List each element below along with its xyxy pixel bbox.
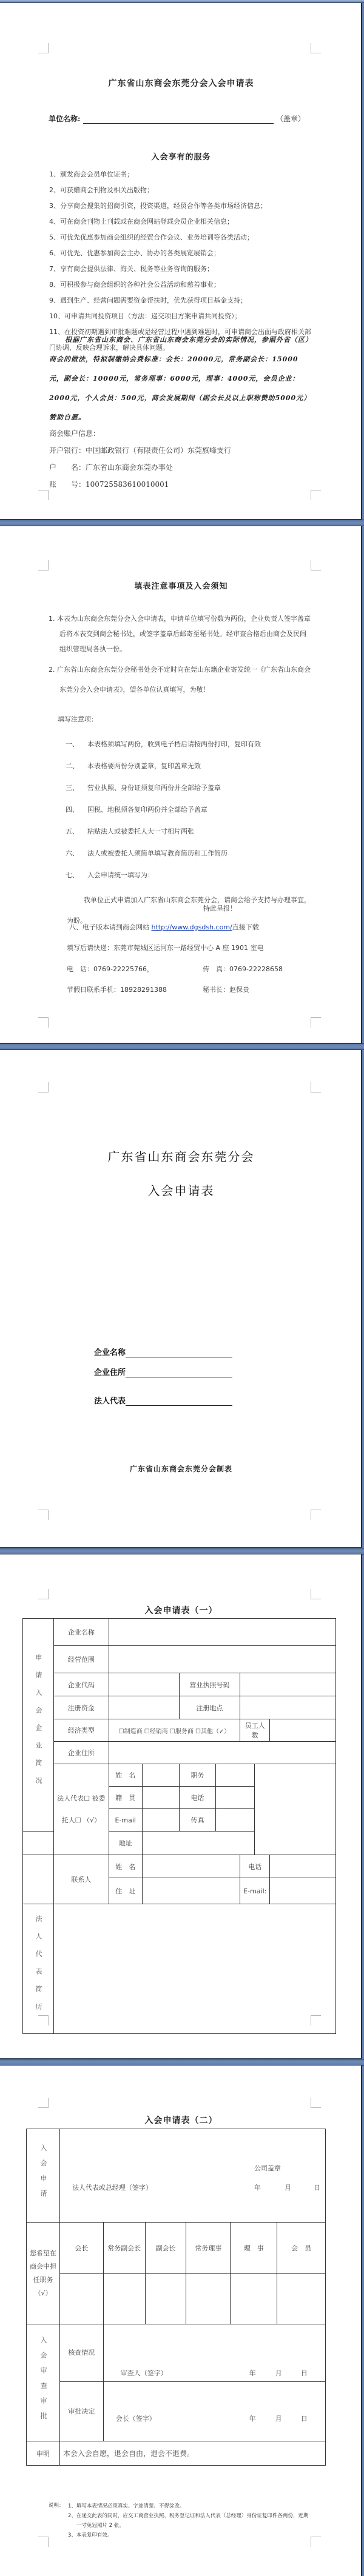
margin-corner-mark bbox=[311, 2537, 321, 2547]
fill-item: 四、国税、地税须各复印两份并全部给予盖章 bbox=[66, 799, 314, 821]
fill-item: 六、法人或被委托人须简单填写教育简历和工作简历 bbox=[66, 843, 314, 865]
application-form-1: 申请入会企业简况 企业名称 经营范围 企业代码 营业执照号码 注册资金 注册地点… bbox=[22, 1618, 336, 2034]
input-address[interactable] bbox=[109, 1742, 335, 1764]
date-month-label: 月 bbox=[275, 2368, 282, 2378]
fill-item: 二、本表格要两份分别盖章，复印盖章无效 bbox=[66, 755, 314, 777]
field-label: 企业住所 bbox=[94, 1368, 126, 1377]
margin-corner-mark bbox=[38, 560, 49, 570]
margin-corner-mark bbox=[38, 1510, 49, 1520]
fill-item: 五、粘贴法人或被委托人大一寸相片两张 bbox=[66, 821, 314, 843]
fill-item-text: 国税、地税须各复印两份并全部给予盖章 bbox=[87, 806, 207, 814]
page-separator bbox=[0, 2059, 364, 2066]
fill-item-num: 一、 bbox=[66, 734, 87, 755]
label-business-scope: 经营范围 bbox=[53, 1646, 109, 1673]
side-label-text: 入会申请 bbox=[38, 2144, 48, 2205]
role-header: 常务理事 bbox=[186, 2223, 231, 2274]
label-reg-capital: 注册资金 bbox=[53, 1696, 109, 1719]
notice-item: 2. 广东省山东商会东莞分会秘书处会不定时向在莞山东籍企业寄发统一《广东省山东商… bbox=[49, 660, 311, 700]
input-contact-tel[interactable] bbox=[270, 1855, 336, 1878]
account-info: 商会账户信息： 开户银行：中国邮政银行（有限责任公司）东莞旗峰支行 户 名：广东… bbox=[49, 425, 311, 493]
service-item: 8、可积极参与商会组织的各种社会公益活动和慈善事业； bbox=[49, 277, 311, 293]
cover-footer: 广东省山东商会东莞分会制表 bbox=[0, 1464, 362, 1474]
date-month-label: 月 bbox=[285, 2183, 291, 2192]
label-employees: 员工人数 bbox=[240, 1719, 270, 1742]
signer-label: 法人代表或总经理（签字） bbox=[72, 2183, 152, 2192]
apply-signature-area[interactable]: 公司盖章 法人代表或总经理（签字） 年 月 日 bbox=[59, 2129, 325, 2223]
margin-corner-mark bbox=[311, 2098, 321, 2108]
fill-item-text: 法人或被委托人须简单填写教育简历和工作简历 bbox=[87, 849, 227, 857]
label-contact-addr: 住 址 bbox=[109, 1878, 142, 1904]
approver-label: 会长（签字） bbox=[116, 2414, 156, 2423]
company-stamp-label: 公司盖章 bbox=[254, 2163, 281, 2173]
input-contact-addr[interactable] bbox=[142, 1878, 240, 1904]
input-company-code[interactable] bbox=[109, 1673, 179, 1696]
page-4: 入会申请表（一） 申请入会企业简况 企业名称 经营范围 企业代码 营业执照号码 … bbox=[0, 1554, 362, 2059]
services-list: 1、颁发商会会员单位证书； 2、可获赠商会刊物及相关出版物； 3、分享商会搜集的… bbox=[49, 167, 311, 356]
page-title: 填表注意事项及入会须知 bbox=[0, 580, 362, 591]
margin-corner-mark bbox=[38, 2537, 49, 2547]
note-item: 1、填写本表情况必须真实、字迹清楚、不得涂改。 bbox=[68, 2501, 311, 2511]
form-title: 入会申请表（一） bbox=[0, 1604, 362, 1616]
service-item: 10、可申请共同投资项目（方法：递交项目方案申请共同投资）； bbox=[49, 309, 311, 324]
holiday-row: 节假日联系手机：18928291388 秘书长：赵保贵 bbox=[67, 985, 322, 994]
account-name-row: 户 名：广东省山东商会东莞办事处 bbox=[49, 459, 311, 476]
service-item: 5、可优先优惠参加商会组织的经贸合作会议、业务培训等各类活动； bbox=[49, 230, 311, 246]
margin-corner-mark bbox=[311, 1589, 321, 1599]
holiday-label: 节假日联系手机： bbox=[67, 986, 120, 994]
field-legal-rep: 法人代表 bbox=[94, 1394, 232, 1406]
bank-value: 中国邮政银行（有限责任公司）东莞旗峰支行 bbox=[86, 446, 231, 455]
role-checkbox-exec-director[interactable] bbox=[186, 2274, 231, 2324]
service-item: 6、可优先、优惠参加商会主办、协办的各类展览展销会； bbox=[49, 246, 311, 261]
margin-corner-mark bbox=[311, 43, 321, 53]
label-econ-type: 经济类型 bbox=[53, 1719, 109, 1742]
form-title: 入会申请表（二） bbox=[0, 2114, 362, 2126]
side-label-company: 申请入会企业简况 bbox=[23, 1619, 54, 1832]
input-business-scope[interactable] bbox=[109, 1646, 335, 1673]
input-contact-email[interactable] bbox=[270, 1878, 336, 1904]
unit-name-field[interactable] bbox=[83, 114, 274, 124]
label-license-no: 营业执照号码 bbox=[179, 1673, 240, 1696]
input-reg-place[interactable] bbox=[240, 1696, 336, 1719]
bank-label: 开户银行： bbox=[49, 446, 86, 455]
margin-corner-mark bbox=[38, 43, 49, 53]
role-header: 会长 bbox=[59, 2223, 103, 2274]
legal-rep-input[interactable] bbox=[126, 1397, 232, 1406]
phone-row: 电 话：0769-22225766， 传 真：0769-22228658 bbox=[67, 964, 322, 974]
input-fax[interactable] bbox=[216, 1809, 255, 1832]
fill-item-num: 三、 bbox=[66, 777, 87, 799]
application-form-2: 入会申请 公司盖章 法人代表或总经理（签字） 年 月 日 您希望在商会中担任职务… bbox=[26, 2129, 326, 2466]
role-checkbox-exec-vp[interactable] bbox=[103, 2274, 145, 2324]
phone-label: 电 话： bbox=[67, 965, 93, 973]
margin-corner-mark bbox=[311, 490, 321, 500]
label-contact: 联系人 bbox=[53, 1855, 109, 1904]
service-item: 3、分享商会搜集的招商引资，投资渠道，经贸合作等各类市场经济信息； bbox=[49, 198, 311, 214]
input-company-name[interactable] bbox=[109, 1619, 335, 1646]
account-name-value: 广东省山东商会东莞办事处 bbox=[86, 463, 173, 472]
fill-item-text: 粘贴法人或被委托人大一寸相片两张 bbox=[87, 828, 194, 835]
label-position: 职务 bbox=[179, 1764, 216, 1787]
label-email: E-mail bbox=[109, 1809, 142, 1832]
input-license-no[interactable] bbox=[240, 1673, 336, 1696]
margin-corner-mark bbox=[38, 490, 49, 500]
notes-list: 1、填写本表情况必须真实、字迹清楚、不得涂改。 2、在递交此表的同时，应交工商营… bbox=[68, 2501, 311, 2540]
side-label-resume: 法人代表简历 bbox=[23, 1904, 54, 2034]
side-label-apply: 入会申请 bbox=[27, 2129, 60, 2223]
secretary-group: 秘书长：赵保贵 bbox=[203, 985, 249, 994]
date-year-label: 年 bbox=[254, 2183, 261, 2192]
label-address: 企业住所 bbox=[53, 1742, 109, 1764]
role-checkbox-president[interactable] bbox=[59, 2274, 103, 2324]
holiday-value: 18928291388 bbox=[120, 986, 167, 994]
bank-row: 开户银行：中国邮政银行（有限责任公司）东莞旗峰支行 bbox=[49, 442, 311, 459]
side-label-text: 申请入会企业简况 bbox=[33, 1654, 43, 1795]
service-item: 7、享有商会提供法律、海关、税务等业务咨询的服务； bbox=[49, 261, 311, 277]
service-item: 9、遇到生产、经营问题需要资金帮扶时，优先获得项目基金支持； bbox=[49, 293, 311, 309]
role-header: 会 员 bbox=[277, 2223, 326, 2274]
input-position[interactable] bbox=[216, 1764, 255, 1787]
label-tel: 电话 bbox=[179, 1787, 216, 1809]
field-label: 法人代表 bbox=[94, 1397, 126, 1406]
role-side-label: 您希望在商会中担任职务（√） bbox=[27, 2223, 60, 2324]
input-name[interactable] bbox=[142, 1764, 179, 1787]
side-spacer bbox=[23, 1832, 54, 1855]
note-item: 2、在递交此表的同时，应交工商营业执照、税务登记证和法人代表（总经理）身份证复印… bbox=[68, 2511, 311, 2531]
page-separator bbox=[0, 1043, 364, 1050]
input-email[interactable] bbox=[142, 1809, 179, 1832]
fill-item-num: 七、 bbox=[66, 865, 87, 886]
page-separator bbox=[0, 1548, 364, 1554]
econ-type-checkboxes[interactable]: ☐制造商 ☐经销商 ☐服务商 ☐其他（✓） bbox=[109, 1719, 240, 1742]
apply-closing: 特此呈报！ bbox=[203, 903, 237, 913]
fill-item: 三、营业执照、身份证须复印两份并全部给予盖章 bbox=[66, 777, 314, 799]
input-employees[interactable] bbox=[270, 1719, 336, 1742]
page-3: 广东省山东商会东莞分会 入会申请表 企业名称 企业住所 法人代表 广东省山东商会… bbox=[0, 1050, 362, 1548]
margin-corner-mark bbox=[38, 1589, 49, 1599]
fill-list: 一、本表格须填写两份，收到电子档后请按两份打印，复印有效 二、本表格要两份分别盖… bbox=[66, 734, 314, 886]
checker-label: 审查人（签字） bbox=[121, 2368, 167, 2378]
input-resume[interactable] bbox=[53, 1904, 335, 2034]
input-reg-capital[interactable] bbox=[109, 1696, 179, 1719]
approve-area[interactable]: 会长（签字） 年 月 日 bbox=[103, 2382, 325, 2441]
declare-text: 本会入会自愿，退会自由，退会不退费。 bbox=[59, 2441, 325, 2466]
label-company-code: 企业代码 bbox=[53, 1673, 109, 1696]
label-contact-tel: 电话 bbox=[240, 1855, 270, 1878]
side-label-text: 法人代表简历 bbox=[33, 1915, 43, 2021]
download-row: 八、电子版本请到商会网站 http://www.dgsdsh.com/直接下载 bbox=[69, 922, 324, 932]
secretary-label: 秘书长： bbox=[203, 986, 229, 994]
photo-area bbox=[255, 1764, 336, 1855]
role-checkbox-director[interactable] bbox=[231, 2274, 277, 2324]
mail-address: 填写后请快递：东莞市莞城区运河东一路经贸中心 A 座 1901 室电 bbox=[67, 943, 322, 952]
approve-label: 审批决定 bbox=[59, 2382, 103, 2441]
fill-item-text: 入会申请统一填写为： bbox=[87, 871, 154, 879]
input-addr[interactable] bbox=[142, 1832, 255, 1855]
fill-item-text: 本表格要两份分别盖章，复印盖章无效 bbox=[87, 762, 201, 770]
check-area[interactable]: 审查人（签字） 年 月 日 bbox=[103, 2324, 325, 2382]
date-day-label: 日 bbox=[301, 2414, 308, 2423]
field-company-name: 企业名称 bbox=[94, 1346, 232, 1357]
unit-name-suffix: （盖章） bbox=[276, 115, 305, 123]
unit-name-row: 单位名称: （盖章） bbox=[49, 113, 315, 124]
service-item: 2、可获赠商会刊物及相关出版物； bbox=[49, 182, 311, 198]
role-header: 常务副会长 bbox=[103, 2223, 145, 2274]
unit-name-label: 单位名称: bbox=[49, 115, 80, 123]
declare-label: 申明 bbox=[27, 2441, 60, 2466]
date-year-label: 年 bbox=[249, 2368, 256, 2378]
page-5: 入会申请表（二） 入会申请 公司盖章 法人代表或总经理（签字） 年 月 日 您希… bbox=[0, 2066, 362, 2576]
label-addr: 地址 bbox=[109, 1832, 142, 1855]
label-company-name: 企业名称 bbox=[53, 1619, 109, 1646]
page-1: 广东省山东商会东莞分会入会申请表 单位名称: （盖章） 入会享有的服务 1、颁发… bbox=[0, 3, 362, 520]
cover-title-line2: 入会申请表 bbox=[0, 1181, 362, 1199]
field-company-address: 企业住所 bbox=[94, 1366, 232, 1377]
account-heading: 商会账户信息： bbox=[49, 425, 311, 442]
account-no-row: 账 号：100725583610010001 bbox=[49, 476, 311, 493]
date-year-label: 年 bbox=[249, 2414, 256, 2423]
company-address-input[interactable] bbox=[126, 1369, 232, 1377]
label-contact-name: 姓 名 bbox=[109, 1855, 142, 1878]
account-no-label: 账 号： bbox=[49, 480, 86, 489]
side-label-text: 入会审查审批 bbox=[38, 2337, 48, 2427]
margin-corner-mark bbox=[311, 1017, 321, 1028]
cover-title-line1: 广东省山东商会东莞分会 bbox=[0, 1147, 362, 1165]
fill-heading: 填写注意项： bbox=[58, 714, 98, 724]
phone-value: 0769-22225766， bbox=[93, 965, 153, 973]
fee-paragraph: 根据广东省山东商会、广东省山东商会东莞分会的实际情况，参照外省（区）商会的做法，… bbox=[49, 330, 311, 427]
website-link[interactable]: http://www.dgsdsh.com/ bbox=[152, 923, 232, 931]
label-contact-email: E-mail: bbox=[240, 1878, 270, 1904]
service-item: 1、颁发商会会员单位证书； bbox=[49, 167, 311, 182]
fax-label: 传 真： bbox=[203, 965, 229, 973]
date-month-label: 月 bbox=[275, 2414, 282, 2423]
fill-item-num: 二、 bbox=[66, 755, 87, 777]
fill-item-num: 四、 bbox=[66, 799, 87, 821]
download-prefix: 八、电子版本请到商会网站 bbox=[69, 923, 152, 931]
fill-item-num: 六、 bbox=[66, 843, 87, 865]
input-native[interactable] bbox=[142, 1787, 179, 1809]
note-item: 3、本表复印有效。 bbox=[68, 2531, 311, 2540]
role-header: 副会长 bbox=[145, 2223, 186, 2274]
margin-corner-mark bbox=[38, 1017, 49, 1028]
margin-corner-mark bbox=[38, 2098, 49, 2108]
fill-item-text: 营业执照、身份证须复印两份并全部给予盖章 bbox=[87, 784, 221, 792]
account-no-value: 100725583610010001 bbox=[86, 480, 169, 489]
date-day-label: 日 bbox=[301, 2368, 308, 2378]
date-day-label: 日 bbox=[314, 2183, 320, 2192]
page-separator bbox=[0, 520, 364, 526]
legal-rep-selector[interactable]: 法人代表☐ 被委托人☐ （√） bbox=[53, 1764, 109, 1855]
field-label: 企业名称 bbox=[94, 1348, 126, 1357]
check-label: 核查情况 bbox=[59, 2324, 103, 2382]
input-contact-name[interactable] bbox=[142, 1855, 240, 1878]
margin-corner-mark bbox=[311, 560, 321, 570]
side-blank bbox=[23, 1855, 54, 1904]
margin-corner-mark bbox=[38, 1082, 49, 1092]
notes-label: 说明： bbox=[49, 2501, 64, 2509]
review-side-label: 入会审查审批 bbox=[27, 2324, 60, 2441]
margin-corner-mark bbox=[311, 1510, 321, 1520]
label-name: 姓 名 bbox=[109, 1764, 142, 1787]
secretary-value: 赵保贵 bbox=[229, 986, 249, 994]
margin-corner-mark bbox=[38, 2015, 49, 2026]
service-item: 4、可在商会刊物上刊载或在商会网站登载会员企业相关信息； bbox=[49, 214, 311, 230]
fill-item: 一、本表格须填写两份，收到电子档后请按两份打印，复印有效 bbox=[66, 734, 314, 755]
fax-group: 传 真：0769-22228658 bbox=[203, 964, 283, 974]
page-title: 广东省山东商会东莞分会入会申请表 bbox=[0, 77, 362, 89]
role-checkbox-vp[interactable] bbox=[145, 2274, 186, 2324]
input-tel[interactable] bbox=[216, 1787, 255, 1809]
company-name-input[interactable] bbox=[126, 1349, 232, 1357]
label-native: 籍 贯 bbox=[109, 1787, 142, 1809]
label-fax: 传真 bbox=[179, 1809, 216, 1832]
label-reg-place: 注册地点 bbox=[179, 1696, 240, 1719]
fill-item-num: 五、 bbox=[66, 821, 87, 843]
page-2: 填表注意事项及入会须知 1. 本表为山东商会东莞分会入会申请表，申请单位填写份数… bbox=[0, 526, 362, 1043]
download-suffix: 直接下载 bbox=[232, 923, 259, 931]
notice-item: 1. 本表为山东商会东莞分会入会申请表，申请单位填写份数为两份，企业负责人签字盖… bbox=[49, 611, 311, 657]
margin-corner-mark bbox=[311, 1082, 321, 1092]
fill-item: 七、入会申请统一填写为： bbox=[66, 865, 314, 886]
role-header: 理 事 bbox=[231, 2223, 277, 2274]
role-checkbox-member[interactable] bbox=[277, 2274, 326, 2324]
services-heading: 入会享有的服务 bbox=[0, 150, 362, 162]
account-name-label: 户 名： bbox=[49, 463, 86, 472]
margin-corner-mark bbox=[311, 2015, 321, 2026]
fax-value: 0769-22228658 bbox=[229, 965, 283, 973]
fill-item-text: 本表格须填写两份，收到电子档后请按两份打印，复印有效 bbox=[87, 740, 261, 748]
